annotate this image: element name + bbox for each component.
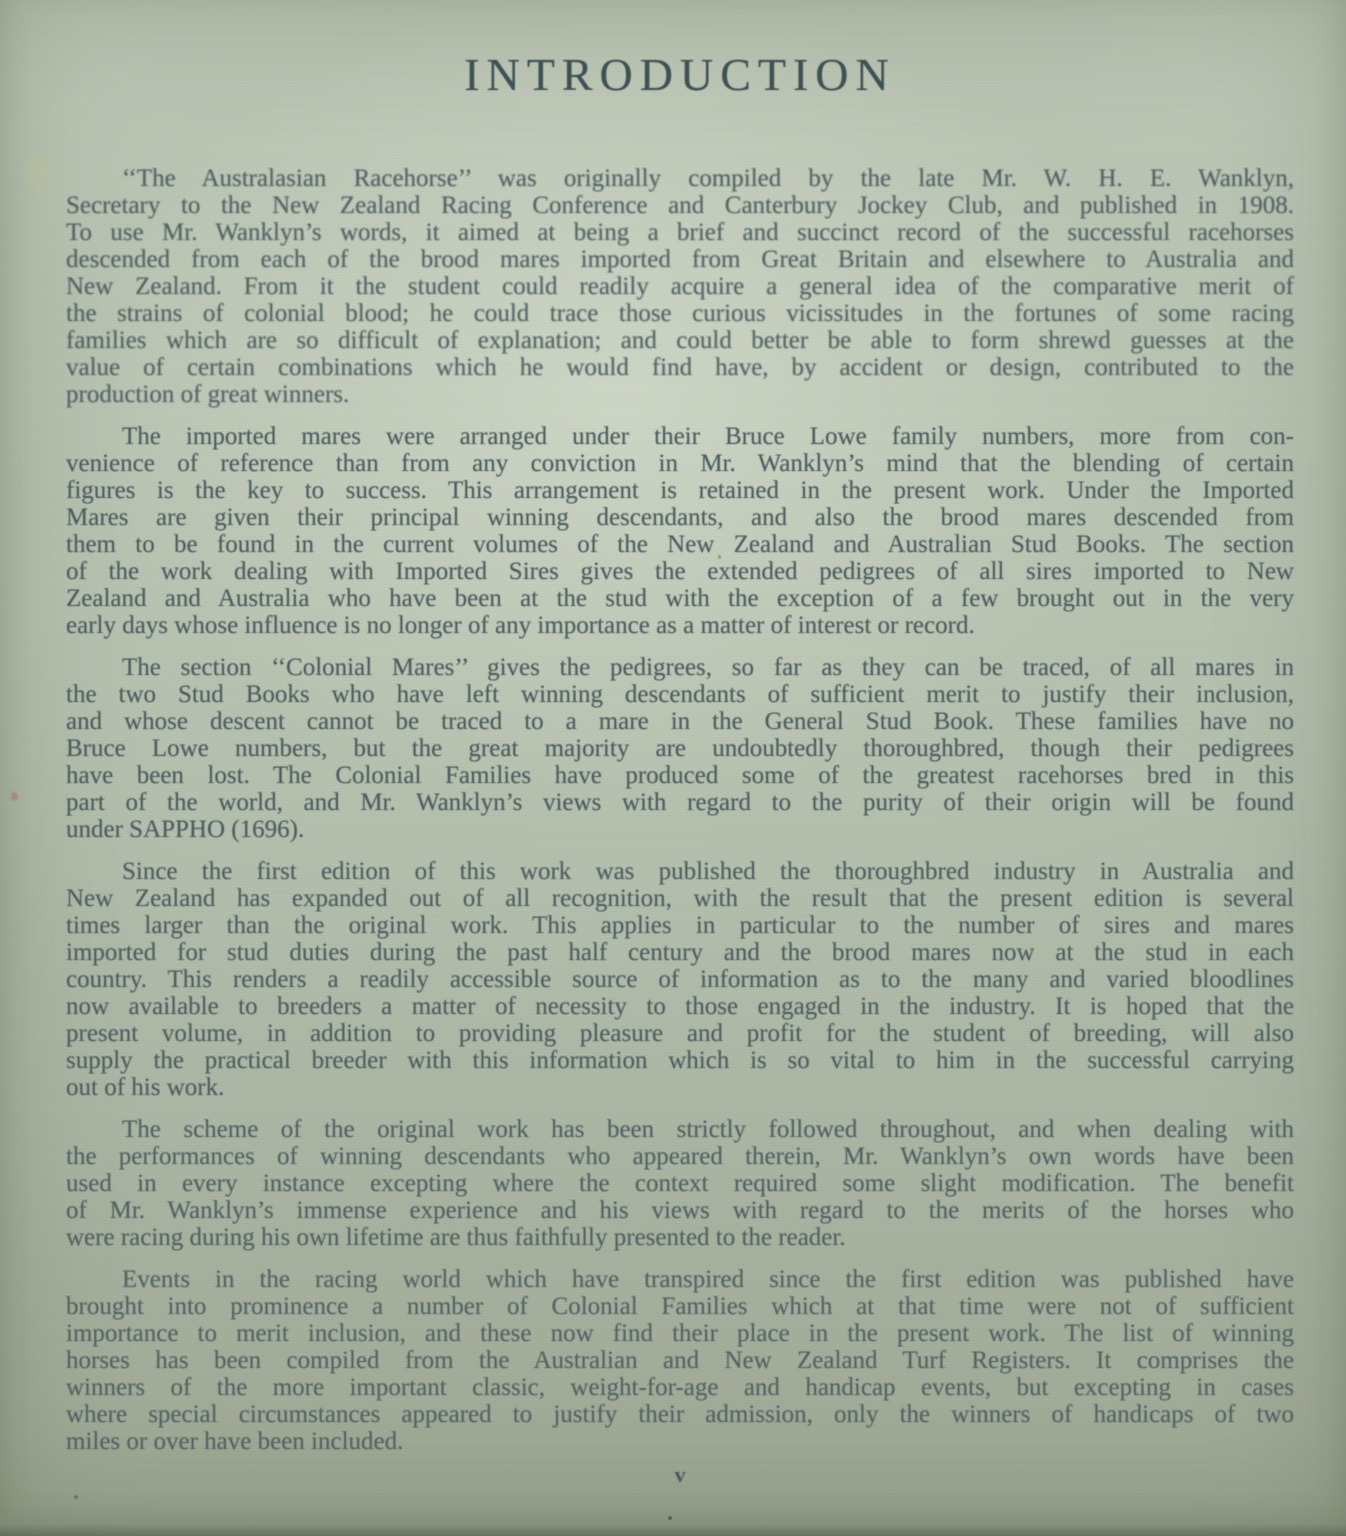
scan-smudge bbox=[26, 152, 48, 192]
text-line: brought into prominence a number of Colo… bbox=[66, 1293, 1294, 1320]
paragraph: The section ‘‘Colonial Mares’’ gives the… bbox=[66, 654, 1294, 843]
scan-speck-dark bbox=[668, 1516, 672, 1520]
text-line: To use Mr. Wanklyn’s words, it aimed at … bbox=[66, 219, 1294, 246]
text-line: importance to merit inclusion, and these… bbox=[66, 1320, 1294, 1347]
text-line: have been lost. The Colonial Families ha… bbox=[66, 762, 1294, 789]
text-line: Since the first edition of this work was… bbox=[66, 858, 1294, 885]
text-line: them to be found in the current volumes … bbox=[66, 531, 1294, 558]
text-line: used in every instance excepting where t… bbox=[66, 1170, 1294, 1197]
text-line: times larger than the original work. Thi… bbox=[66, 912, 1294, 939]
text-line: value of certain combinations which he w… bbox=[66, 354, 1294, 381]
text-line: families which are so difficult of expla… bbox=[66, 327, 1294, 354]
text-line: Zealand and Australia who have been at t… bbox=[66, 585, 1294, 612]
text-line: the two Stud Books who have left winning… bbox=[66, 681, 1294, 708]
text-line: country. This renders a readily accessib… bbox=[66, 966, 1294, 993]
text-line: Bruce Lowe numbers, but the great majori… bbox=[66, 735, 1294, 762]
body-text: ‘‘The Australasian Racehorse’’ was origi… bbox=[66, 165, 1294, 1470]
text-line: ‘‘The Australasian Racehorse’’ was origi… bbox=[66, 165, 1294, 192]
text-line: Secretary to the New Zealand Racing Conf… bbox=[66, 192, 1294, 219]
text-line: production of great winners. bbox=[66, 381, 1294, 408]
paragraph: The imported mares were arranged under t… bbox=[66, 423, 1294, 639]
text-line: New Zealand has expanded out of all reco… bbox=[66, 885, 1294, 912]
text-line: imported for stud duties during the past… bbox=[66, 939, 1294, 966]
text-line: of the work dealing with Imported Sires … bbox=[66, 558, 1294, 585]
text-line: The scheme of the original work has been… bbox=[66, 1116, 1294, 1143]
text-line: descended from each of the brood mares i… bbox=[66, 246, 1294, 273]
page-title: INTRODUCTION bbox=[66, 48, 1294, 101]
page-number: v bbox=[66, 1462, 1294, 1488]
paragraph: ‘‘The Australasian Racehorse’’ was origi… bbox=[66, 165, 1294, 408]
paragraph: Events in the racing world which have tr… bbox=[66, 1266, 1294, 1455]
scan-speck-pink bbox=[11, 792, 18, 801]
text-line: venience of reference than from any conv… bbox=[66, 450, 1294, 477]
text-line: The section ‘‘Colonial Mares’’ gives the… bbox=[66, 654, 1294, 681]
text-line: present volume, in addition to providing… bbox=[66, 1020, 1294, 1047]
paragraph: Since the first edition of this work was… bbox=[66, 858, 1294, 1101]
scan-speck-dark bbox=[74, 1495, 78, 1499]
text-line: now available to breeders a matter of ne… bbox=[66, 993, 1294, 1020]
text-line: horses has been compiled from the Austra… bbox=[66, 1347, 1294, 1374]
text-line: supply the practical breeder with this i… bbox=[66, 1047, 1294, 1074]
text-line: part of the world, and Mr. Wanklyn’s vie… bbox=[66, 789, 1294, 816]
text-line: were racing during his own lifetime are … bbox=[66, 1224, 1294, 1251]
text-line: The imported mares were arranged under t… bbox=[66, 423, 1294, 450]
text-line: miles or over have been included. bbox=[66, 1428, 1294, 1455]
text-line: where special circumstances appeared to … bbox=[66, 1401, 1294, 1428]
text-line: and whose descent cannot be traced to a … bbox=[66, 708, 1294, 735]
text-line: New Zealand. From it the student could r… bbox=[66, 273, 1294, 300]
text-line: early days whose influence is no longer … bbox=[66, 612, 1294, 639]
paragraph: The scheme of the original work has been… bbox=[66, 1116, 1294, 1251]
scanned-book-page: INTRODUCTION ‘‘The Australasian Racehors… bbox=[0, 0, 1346, 1536]
text-line: of Mr. Wanklyn’s immense experience and … bbox=[66, 1197, 1294, 1224]
text-line: the strains of colonial blood; he could … bbox=[66, 300, 1294, 327]
text-line: the performances of winning descendants … bbox=[66, 1143, 1294, 1170]
text-line: out of his work. bbox=[66, 1074, 1294, 1101]
text-line: winners of the more important classic, w… bbox=[66, 1374, 1294, 1401]
text-line: figures is the key to success. This arra… bbox=[66, 477, 1294, 504]
text-line: Mares are given their principal winning … bbox=[66, 504, 1294, 531]
text-line: under SAPPHO (1696). bbox=[66, 816, 1294, 843]
text-line: Events in the racing world which have tr… bbox=[66, 1266, 1294, 1293]
